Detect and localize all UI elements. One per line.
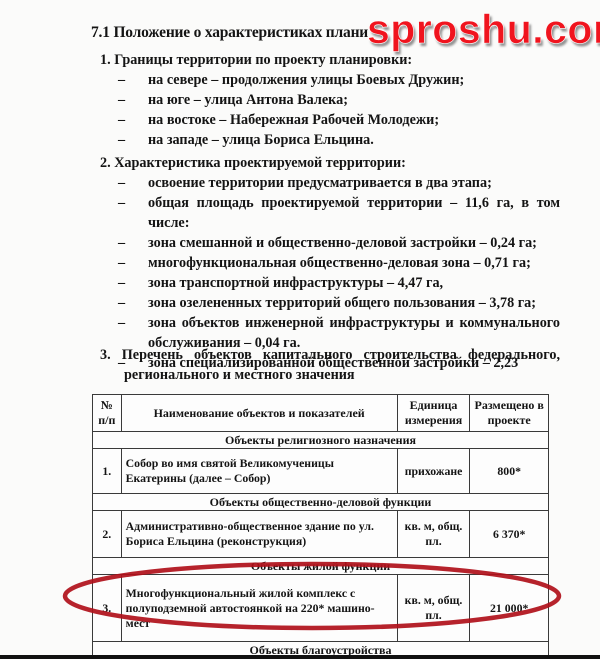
list-item: –на востоке – Набережная Рабочей Молодеж… <box>110 110 560 130</box>
list-item: –освоение территории предусматривается в… <box>110 173 560 193</box>
watermark: sproshu.com <box>367 9 600 50</box>
dash-bullet-icon: – <box>118 70 125 90</box>
section-capital-objects: 3. Перечень объектов капитального строит… <box>100 345 560 385</box>
dash-bullet-icon: – <box>118 253 125 273</box>
cell-num: 3. <box>93 575 122 642</box>
section-heading-continued: регионального и местного значения <box>100 365 560 385</box>
section-heading: 2. Характеристика проектируемой территор… <box>100 153 560 173</box>
cell-unit: прихожане <box>397 449 470 494</box>
dash-bullet-icon: – <box>118 110 125 130</box>
dash-bullet-icon: – <box>118 193 125 213</box>
section-boundaries: 1. Границы территории по проекту планиро… <box>100 50 560 150</box>
list-item: –общая площадь проектируемой территории … <box>110 193 560 233</box>
table-group-row: Объекты религиозного назначения <box>93 432 549 449</box>
dash-bullet-icon: – <box>118 273 125 293</box>
characteristics-list: –освоение территории предусматривается в… <box>100 173 560 373</box>
table-row: 3. Многофункциональный жилой комплекс с … <box>93 575 549 642</box>
group-title: Объекты жилой функции <box>93 558 549 575</box>
page-title: 7.1 Положение о характеристиках плани <box>91 24 368 42</box>
cell-name: Многофункциональный жилой комплекс с пол… <box>121 575 397 642</box>
table-header-row: № п/п Наименование объектов и показателе… <box>93 395 549 432</box>
dash-bullet-icon: – <box>118 173 125 193</box>
boundaries-list: –на севере – продолжения улицы Боевых Др… <box>100 70 560 150</box>
cell-unit: кв. м, общ. пл. <box>397 575 470 642</box>
dash-bullet-icon: – <box>118 293 125 313</box>
header-unit: Единица измерения <box>397 395 470 432</box>
cell-name: Собор во имя святой Великомученицы Екате… <box>121 449 397 494</box>
dash-bullet-icon: – <box>118 90 125 110</box>
cell-unit: кв. м, общ. пл. <box>397 511 470 558</box>
group-title: Объекты общественно-деловой функции <box>93 494 549 511</box>
header-num: № п/п <box>93 395 122 432</box>
section-heading: 1. Границы территории по проекту планиро… <box>100 50 560 70</box>
dash-bullet-icon: – <box>118 233 125 253</box>
header-value: Размещено в проекте <box>470 395 549 432</box>
section-heading: 3. Перечень объектов капитального строит… <box>100 345 560 365</box>
list-item: –на западе – улица Бориса Ельцина. <box>110 130 560 150</box>
cell-num: 2. <box>93 511 122 558</box>
capital-objects-table: № п/п Наименование объектов и показателе… <box>92 394 549 659</box>
table-row: 2. Административно-общественное здание п… <box>93 511 549 558</box>
cell-value: 21 000* <box>470 575 549 642</box>
cell-num: 1. <box>93 449 122 494</box>
cell-name: Административно-общественное здание по у… <box>121 511 397 558</box>
list-item: –на севере – продолжения улицы Боевых Др… <box>110 70 560 90</box>
cell-value: 800* <box>470 449 549 494</box>
section-characteristics: 2. Характеристика проектируемой территор… <box>100 153 560 373</box>
table-row: 1. Собор во имя святой Великомученицы Ек… <box>93 449 549 494</box>
list-item: –многофункциональная общественно-деловая… <box>110 253 560 273</box>
dash-bullet-icon: – <box>118 130 125 150</box>
cell-value: 6 370* <box>470 511 549 558</box>
list-item: –зона смешанной и общественно-деловой за… <box>110 233 560 253</box>
header-name: Наименование объектов и показателей <box>121 395 397 432</box>
list-item: –на юге – улица Антона Валека; <box>110 90 560 110</box>
bottom-edge-bar <box>0 655 600 659</box>
group-title: Объекты религиозного назначения <box>93 432 549 449</box>
dash-bullet-icon: – <box>118 313 125 333</box>
list-item: –зона озелененных территорий общего поль… <box>110 293 560 313</box>
list-item: –зона транспортной инфраструктуры – 4,47… <box>110 273 560 293</box>
table-group-row: Объекты жилой функции <box>93 558 549 575</box>
table-group-row: Объекты общественно-деловой функции <box>93 494 549 511</box>
